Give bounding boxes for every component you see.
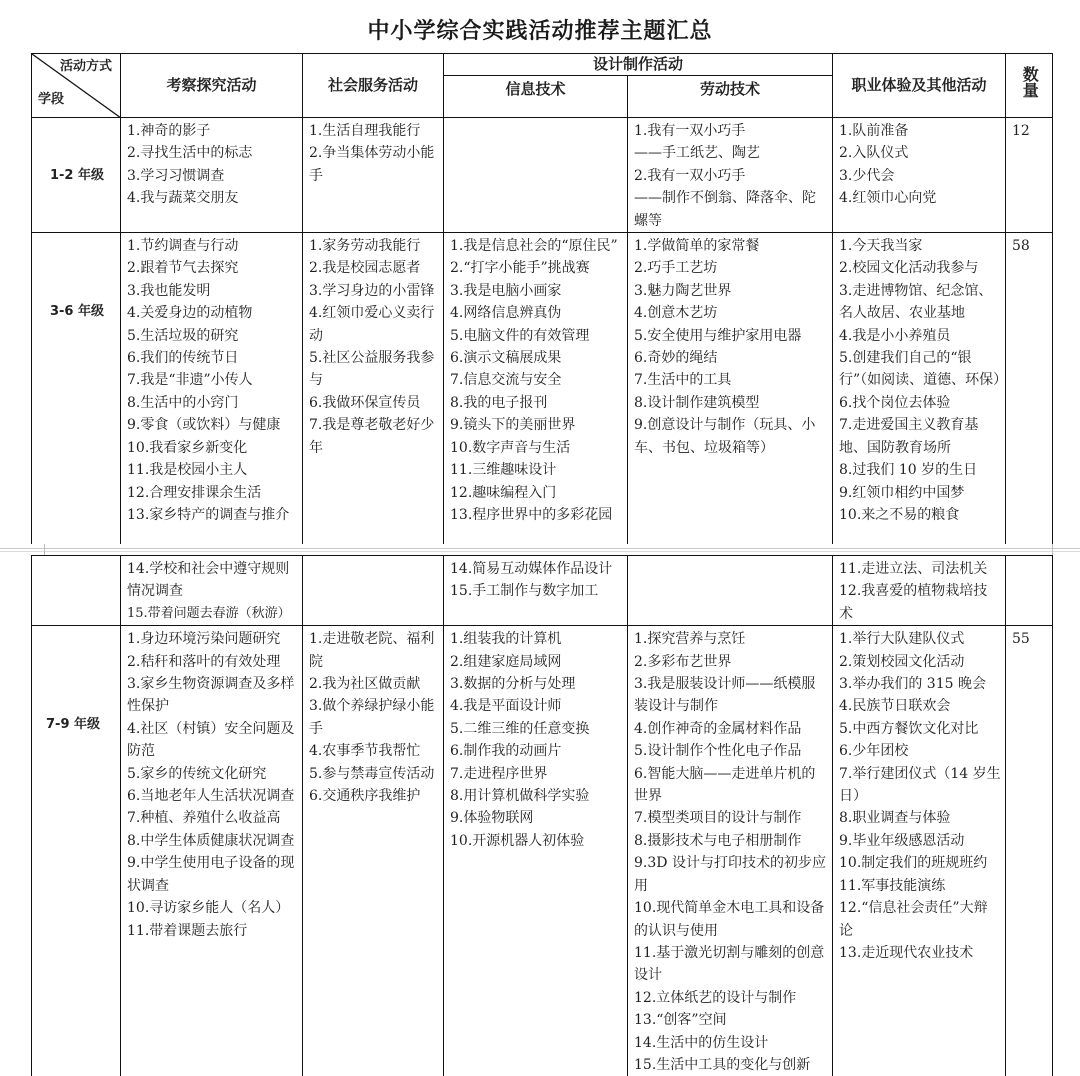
header-count-label: 数量 xyxy=(1018,66,1040,98)
list-item: 12.趣味编程入门 xyxy=(450,482,623,504)
list-item: 13.“创客”空间 xyxy=(634,1009,828,1031)
list-item: 2.寻找生活中的标志 xyxy=(127,142,298,164)
list-item: 2.我是校园志愿者 xyxy=(309,257,439,279)
list-item: 9.毕业年级感恩活动 xyxy=(839,830,1001,852)
document-title: 中小学综合实践活动推荐主题汇总 xyxy=(0,14,1080,45)
list-item: 3.魅力陶艺世界 xyxy=(634,280,828,302)
list-item: 3.我也能发明 xyxy=(127,280,298,302)
list-item: 1.我有一双小巧手 xyxy=(634,120,828,142)
list-item: 9.创意设计与制作（玩具、小车、书包、垃圾箱等） xyxy=(634,414,828,459)
list-item: 6.我做环保宣传员 xyxy=(309,392,439,414)
grade-label: 7-9 年级 xyxy=(32,626,121,1076)
list-item: 5.电脑文件的有效管理 xyxy=(450,325,623,347)
list-item: 10.数字声音与生活 xyxy=(450,437,623,459)
list-item: 3.数据的分析与处理 xyxy=(450,673,623,695)
list-item: 3.我是电脑小画家 xyxy=(450,280,623,302)
list-item: 1.身边环境污染问题研究 xyxy=(127,628,298,650)
list-item: 2.争当集体劳动小能手 xyxy=(309,142,439,187)
list-item: 13.走近现代农业技术 xyxy=(839,942,1001,964)
list-item: 2.巧手工艺坊 xyxy=(634,257,828,279)
list-item: 2.我有一双小巧手 xyxy=(634,165,828,187)
service-cell: 1.家务劳动我能行 2.我是校园志愿者 3.学习身边的小雷锋 4.红领巾爱心义卖… xyxy=(303,233,444,548)
labor-cell: 1.我有一双小巧手 ——手工纸艺、陶艺 2.我有一双小巧手 ——制作不倒翁、降落… xyxy=(628,118,833,233)
list-item: 8.生活中的小窍门 xyxy=(127,392,298,414)
career-cell: 1.举行大队建队仪式 2.策划校园文化活动 3.举办我们的 315 晚会 4.民… xyxy=(833,626,1006,1076)
table-row-grade-3-6-continued: 14.学校和社会中遵守规则情况调查 15.带着问题去春游（秋游） 14.简易互动… xyxy=(32,556,1053,626)
list-item: 8.职业调查与体验 xyxy=(839,807,1001,829)
header-service: 社会服务活动 xyxy=(303,54,444,118)
header-inquiry: 考察探究活动 xyxy=(121,54,303,118)
list-item: 10.来之不易的粮食 xyxy=(839,504,1001,526)
list-item: 8.中学生体质健康状况调查 xyxy=(127,830,298,852)
count-cell: 12 xyxy=(1006,118,1053,233)
inquiry-cell: 1.身边环境污染问题研究 2.秸秆和落叶的有效处理 3.家乡生物资源调查及多样性… xyxy=(121,626,303,1076)
list-item: 2.跟着节气去探究 xyxy=(127,257,298,279)
list-item: 3.学习习惯调查 xyxy=(127,165,298,187)
list-item: 15.手工制作与数字加工 xyxy=(450,580,623,602)
corner-header-cell: 活动方式 学段 xyxy=(32,54,121,118)
corner-activity-label: 活动方式 xyxy=(60,56,112,78)
list-item: 2.多彩布艺世界 xyxy=(634,651,828,673)
list-item: 4.创作神奇的金属材料作品 xyxy=(634,718,828,740)
list-item: 6.我们的传统节日 xyxy=(127,347,298,369)
list-item: 1.组装我的计算机 xyxy=(450,628,623,650)
list-item: 2.“打字小能手”挑战赛 xyxy=(450,257,623,279)
list-item: 12.我喜爱的植物栽培技术 xyxy=(839,580,1001,625)
career-cell: 11.走进立法、司法机关 12.我喜爱的植物栽培技术 xyxy=(833,556,1006,626)
it-cell: 1.组装我的计算机 2.组建家庭局域网 3.数据的分析与处理 4.我是平面设计师… xyxy=(444,626,628,1076)
it-cell xyxy=(444,118,628,233)
list-item: 6.找个岗位去体验 xyxy=(839,392,1001,414)
list-item: 4.网络信息辨真伪 xyxy=(450,302,623,324)
list-item: 1.举行大队建队仪式 xyxy=(839,628,1001,650)
list-item: 7.我是“非遗”小传人 xyxy=(127,369,298,391)
list-item: 8.过我们 10 岁的生日 xyxy=(839,459,1001,481)
list-item: ——手工纸艺、陶艺 xyxy=(634,142,828,164)
list-item: 1.探究营养与烹饪 xyxy=(634,628,828,650)
list-item: 6.演示文稿展成果 xyxy=(450,347,623,369)
list-item: 13.家乡特产的调查与推介 xyxy=(127,504,298,526)
list-item: 2.入队仪式 xyxy=(839,142,1001,164)
table-row-grade-1-2: 1-2 年级 1.神奇的影子 2.寻找生活中的标志 3.学习习惯调查 4.我与蔬… xyxy=(32,118,1053,233)
list-item: ——制作不倒翁、降落伞、陀螺等 xyxy=(634,187,828,232)
service-cell: 1.生活自理我能行 2.争当集体劳动小能手 xyxy=(303,118,444,233)
list-item: 4.民族节日联欢会 xyxy=(839,695,1001,717)
table-row-grade-7-9: 7-9 年级 1.身边环境污染问题研究 2.秸秆和落叶的有效处理 3.家乡生物资… xyxy=(32,626,1053,1076)
list-item: 8.摄影技术与电子相册制作 xyxy=(634,830,828,852)
grade-label xyxy=(32,556,121,626)
career-cell: 1.今天我当家 2.校园文化活动我参与 3.走进博物馆、纪念馆、名人故居、农业基… xyxy=(833,233,1006,548)
page-break-divider xyxy=(0,544,1080,555)
list-item: 2.策划校园文化活动 xyxy=(839,651,1001,673)
corner-grade-label: 学段 xyxy=(38,89,64,111)
list-item: 5.中西方餐饮文化对比 xyxy=(839,718,1001,740)
list-item: 1.节约调查与行动 xyxy=(127,235,298,257)
list-item: 14.学校和社会中遵守规则情况调查 xyxy=(127,558,298,603)
list-item: 15.生活中工具的变化与创新 xyxy=(634,1054,828,1076)
it-cell: 1.我是信息社会的“原住民” 2.“打字小能手”挑战赛 3.我是电脑小画家 4.… xyxy=(444,233,628,548)
list-item: 5.设计制作个性化电子作品 xyxy=(634,740,828,762)
list-item: 14.生活中的仿生设计 xyxy=(634,1032,828,1054)
list-item: 9.3D 设计与打印技术的初步应用 xyxy=(634,852,828,897)
list-item: 9.镜头下的美丽世界 xyxy=(450,414,623,436)
count-cell xyxy=(1006,556,1053,626)
list-item: 11.走进立法、司法机关 xyxy=(839,558,1001,580)
list-item: 10.我看家乡新变化 xyxy=(127,437,298,459)
list-item: 3.做个养绿护绿小能手 xyxy=(309,695,439,740)
list-item: 9.红领巾相约中国梦 xyxy=(839,482,1001,504)
list-item: 6.当地老年人生活状况调查 xyxy=(127,785,298,807)
inquiry-cell: 14.学校和社会中遵守规则情况调查 15.带着问题去春游（秋游） xyxy=(121,556,303,626)
inquiry-cell: 1.神奇的影子 2.寻找生活中的标志 3.学习习惯调查 4.我与蔬菜交朋友 xyxy=(121,118,303,233)
labor-cell: 1.探究营养与烹饪 2.多彩布艺世界 3.我是服装设计师——纸模服装设计与制作 … xyxy=(628,626,833,1076)
list-item: 10.寻访家乡能人（名人） xyxy=(127,897,298,919)
list-item: 7.模型类项目的设计与制作 xyxy=(634,807,828,829)
count-cell: 58 xyxy=(1006,233,1053,548)
list-item: 5.创建我们自己的“银行”（如阅读、道德、环保） xyxy=(839,347,1001,392)
list-item: 5.社区公益服务我参与 xyxy=(309,347,439,392)
list-item: 9.零食（或饮料）与健康 xyxy=(127,414,298,436)
grade-label: 3-6 年级 xyxy=(32,233,121,548)
list-item: 6.制作我的动画片 xyxy=(450,740,623,762)
list-item: 6.少年团校 xyxy=(839,740,1001,762)
activity-table-page-1: 活动方式 学段 考察探究活动 社会服务活动 设计制作活动 职业体验及其他活动 数… xyxy=(31,53,1053,548)
career-cell: 1.队前准备 2.入队仪式 3.少代会 4.红领巾心向党 xyxy=(833,118,1006,233)
header-labor: 劳动技术 xyxy=(628,76,833,118)
list-item: 10.现代简单金木电工具和设备的认识与使用 xyxy=(634,897,828,942)
service-cell xyxy=(303,556,444,626)
grade-label: 1-2 年级 xyxy=(32,118,121,233)
count-cell: 55 xyxy=(1006,626,1053,1076)
list-item: 2.我为社区做贡献 xyxy=(309,673,439,695)
list-item: 3.学习身边的小雷锋 xyxy=(309,280,439,302)
list-item: 5.安全使用与维护家用电器 xyxy=(634,325,828,347)
list-item: 2.校园文化活动我参与 xyxy=(839,257,1001,279)
it-cell: 14.简易互动媒体作品设计 15.手工制作与数字加工 xyxy=(444,556,628,626)
header-count: 数量 xyxy=(1006,54,1053,118)
list-item: 4.创意木艺坊 xyxy=(634,302,828,324)
list-item: 1.家务劳动我能行 xyxy=(309,235,439,257)
list-item: 6.智能大脑——走进单片机的世界 xyxy=(634,763,828,808)
list-item: 4.红领巾爱心义卖行动 xyxy=(309,302,439,347)
list-item: 12.合理安排课余生活 xyxy=(127,482,298,504)
list-item: 12.“信息社会责任”大辩论 xyxy=(839,897,1001,942)
list-item: 5.家乡的传统文化研究 xyxy=(127,763,298,785)
list-item: 14.简易互动媒体作品设计 xyxy=(450,558,623,580)
list-item: 8.用计算机做科学实验 xyxy=(450,785,623,807)
list-item: 2.组建家庭局域网 xyxy=(450,651,623,673)
activity-table-page-2: 14.学校和社会中遵守规则情况调查 15.带着问题去春游（秋游） 14.简易互动… xyxy=(31,555,1053,1076)
page-corner-mark xyxy=(44,544,45,555)
list-item: 4.社区（村镇）安全问题及防范 xyxy=(127,718,298,763)
list-item: 11.我是校园小主人 xyxy=(127,459,298,481)
header-it: 信息技术 xyxy=(444,76,628,118)
list-item: 3.走进博物馆、纪念馆、名人故居、农业基地 xyxy=(839,280,1001,325)
list-item: 11.军事技能演练 xyxy=(839,875,1001,897)
list-item: 7.走进程序世界 xyxy=(450,763,623,785)
list-item: 6.奇妙的绳结 xyxy=(634,347,828,369)
list-item: 4.我是小小养殖员 xyxy=(839,325,1001,347)
list-item: 4.关爱身边的动植物 xyxy=(127,302,298,324)
list-item: 3.少代会 xyxy=(839,165,1001,187)
list-item: 7.信息交流与安全 xyxy=(450,369,623,391)
list-item: 1.走进敬老院、福利院 xyxy=(309,628,439,673)
page-break-line xyxy=(0,548,1080,549)
list-item: 7.走进爱国主义教育基地、国防教育场所 xyxy=(839,414,1001,459)
list-item: 7.我是尊老敬老好少年 xyxy=(309,414,439,459)
list-item: 13.程序世界中的多彩花园 xyxy=(450,504,623,526)
list-item: 7.种植、养殖什么收益高 xyxy=(127,807,298,829)
list-item: 5.二维三维的任意变换 xyxy=(450,718,623,740)
list-item: 1.生活自理我能行 xyxy=(309,120,439,142)
list-item: 1.我是信息社会的“原住民” xyxy=(450,235,623,257)
list-item: 4.红领巾心向党 xyxy=(839,187,1001,209)
page-break-line xyxy=(0,551,1080,552)
list-item: 11.三维趣味设计 xyxy=(450,459,623,481)
service-cell: 1.走进敬老院、福利院 2.我为社区做贡献 3.做个养绿护绿小能手 4.农事季节… xyxy=(303,626,444,1076)
list-item: 5.生活垃圾的研究 xyxy=(127,325,298,347)
list-item: 8.设计制作建筑模型 xyxy=(634,392,828,414)
list-item: 6.交通秩序我维护 xyxy=(309,785,439,807)
labor-cell xyxy=(628,556,833,626)
list-item: 9.中学生使用电子设备的现状调查 xyxy=(127,852,298,897)
labor-cell: 1.学做简单的家常餐 2.巧手工艺坊 3.魅力陶艺世界 4.创意木艺坊 5.安全… xyxy=(628,233,833,548)
list-item: 1.学做简单的家常餐 xyxy=(634,235,828,257)
list-item: 7.举行建团仪式（14 岁生日） xyxy=(839,763,1001,808)
list-item: 4.我与蔬菜交朋友 xyxy=(127,187,298,209)
list-item: 7.生活中的工具 xyxy=(634,369,828,391)
list-item: 15.带着问题去春游（秋游） xyxy=(127,603,298,625)
page-corner-mark xyxy=(1052,544,1053,555)
list-item: 12.立体纸艺的设计与制作 xyxy=(634,987,828,1009)
list-item: 3.家乡生物资源调查及多样性保护 xyxy=(127,673,298,718)
list-item: 4.农事季节我帮忙 xyxy=(309,740,439,762)
header-design-group: 设计制作活动 xyxy=(444,54,833,76)
list-item: 5.参与禁毒宣传活动 xyxy=(309,763,439,785)
header-career: 职业体验及其他活动 xyxy=(833,54,1006,118)
table-row-grade-3-6: 3-6 年级 1.节约调查与行动 2.跟着节气去探究 3.我也能发明 4.关爱身… xyxy=(32,233,1053,548)
list-item: 10.开源机器人初体验 xyxy=(450,830,623,852)
list-item: 3.举办我们的 315 晚会 xyxy=(839,673,1001,695)
list-item: 11.带着课题去旅行 xyxy=(127,920,298,942)
list-item: 1.神奇的影子 xyxy=(127,120,298,142)
list-item: 1.今天我当家 xyxy=(839,235,1001,257)
list-item: 10.制定我们的班规班约 xyxy=(839,852,1001,874)
list-item: 8.我的电子报刊 xyxy=(450,392,623,414)
list-item: 9.体验物联网 xyxy=(450,807,623,829)
list-item: 4.我是平面设计师 xyxy=(450,695,623,717)
list-item: 3.我是服装设计师——纸模服装设计与制作 xyxy=(634,673,828,718)
list-item: 2.秸秆和落叶的有效处理 xyxy=(127,651,298,673)
inquiry-cell: 1.节约调查与行动 2.跟着节气去探究 3.我也能发明 4.关爱身边的动植物 5… xyxy=(121,233,303,548)
list-item: 11.基于激光切割与雕刻的创意设计 xyxy=(634,942,828,987)
list-item: 1.队前准备 xyxy=(839,120,1001,142)
